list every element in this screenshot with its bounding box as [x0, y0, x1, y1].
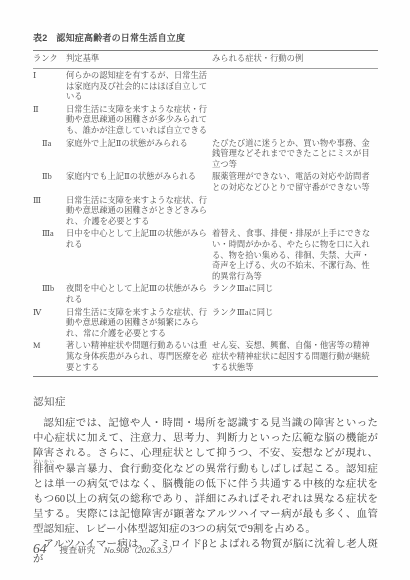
example-cell: せん妄、妄想、興奮、自傷・他害等の精神症状や精神症状に起因する問題行動が継続する… — [212, 340, 378, 376]
criteria-cell: 家庭外で上記Ⅱの状態がみられる — [66, 138, 212, 172]
table-row: Ⅲ 日常生活に支障を来すような症状、行動や意思疎通の困難さがときどきみられ、介護… — [33, 195, 378, 229]
rank-cell: Ⅰ — [33, 68, 66, 104]
table-caption-title: 認知症高齢者の日常生活自立度 — [56, 33, 185, 43]
table-row: Ⅳ 日常生活に支障を来すような症状、行動や意思疎通の困難さが頻繁にみられ、常に介… — [33, 307, 378, 341]
ruby-base: 徘徊 — [33, 464, 55, 475]
journal-name: 捜査研究 — [60, 544, 96, 556]
rank-cell: Ⅲb — [33, 283, 66, 306]
criteria-cell: 何らかの認知症を有するが、日常生活は家庭内及び社会的にはほぼ自立している — [66, 68, 212, 104]
criteria-cell: 家庭内でも上記Ⅱの状態がみられる — [66, 171, 212, 194]
rank-cell: Ⅱ — [33, 104, 66, 138]
table-row: Ⅱa 家庭外で上記Ⅱの状態がみられる たびたび道に迷うとか、買い物や事務、金銭管… — [33, 138, 378, 172]
rank-cell: Ⅲ — [33, 195, 66, 229]
table-row: M 著しい精神症状や問題行動あるいは重篤な身体疾患がみられ、専門医療を必要とする… — [33, 340, 378, 376]
document-page: 表2認知症高齢者の日常生活自立度 ランク 判定基準 みられる症状・行動の例 Ⅰ … — [0, 0, 410, 580]
rank-cell: Ⅲa — [33, 228, 66, 283]
criteria-cell: 日中を中心として上記Ⅲの状態がみられる — [66, 228, 212, 283]
ruby-furigana: はいかい — [33, 459, 54, 464]
rank-cell: M — [33, 340, 66, 376]
issue-info: No.908（2026.3.5） — [104, 544, 176, 556]
table-caption-number: 表2 — [33, 33, 47, 43]
table-row: Ⅲb 夜間を中心として上記Ⅲの状態がみられる ランクⅢaに同じ — [33, 283, 378, 306]
example-cell — [212, 195, 378, 229]
table-header-row: ランク 判定基準 みられる症状・行動の例 — [33, 51, 378, 69]
paragraph-1-text-before: 認知症では、記憶や人・時間・場所を認識する見当識の障害といった中心症状に加えて、… — [33, 418, 378, 459]
table-row: Ⅱ 日常生活に支障を来すような症状・行動や意思疎通の困難さが多少みられても、誰か… — [33, 104, 378, 138]
independence-rank-table: ランク 判定基準 みられる症状・行動の例 Ⅰ 何らかの認知症を有するが、日常生活… — [33, 50, 378, 377]
example-cell: 着替え、食事、排便・排尿が上手にできない・時間がかかる、やたらに物を口に入れる、… — [212, 228, 378, 283]
table-row: Ⅱb 家庭内でも上記Ⅱの状態がみられる 服薬管理ができない、電話の対応や訪問者と… — [33, 171, 378, 194]
criteria-cell: 著しい精神症状や問題行動あるいは重篤な身体疾患がみられ、専門医療を必要とする — [66, 340, 212, 376]
section-heading: 認知症 — [33, 394, 377, 409]
column-header-criteria: 判定基準 — [66, 51, 212, 69]
criteria-cell: 夜間を中心として上記Ⅲの状態がみられる — [66, 283, 212, 306]
criteria-cell: 日常生活に支障を来すような症状、行動や意思疎通の困難さが頻繁にみられ、常に介護を… — [66, 307, 212, 341]
rank-cell: Ⅱa — [33, 138, 66, 172]
criteria-cell: 日常生活に支障を来すような症状・行動や意思疎通の困難さが多少みられても、誰かが注… — [66, 104, 212, 138]
paragraph-1: 認知症では、記憶や人・時間・場所を認識する見当識の障害といった中心症状に加えて、… — [33, 416, 378, 537]
table-caption: 表2認知症高齢者の日常生活自立度 — [33, 31, 377, 44]
table-row: Ⅲa 日中を中心として上記Ⅲの状態がみられる 着替え、食事、排便・排尿が上手にで… — [33, 228, 378, 283]
column-header-rank: ランク — [33, 51, 66, 69]
rank-cell: Ⅱb — [33, 171, 66, 194]
rank-cell: Ⅳ — [33, 307, 66, 341]
page-number: 64 — [33, 541, 47, 557]
example-cell: ランクⅢaに同じ — [212, 307, 378, 341]
ruby-haikai: 徘徊はいかい — [33, 464, 55, 475]
example-cell: たびたび道に迷うとか、買い物や事務、金銭管理などそれまでできたことにミスが目立つ… — [212, 138, 378, 172]
example-cell: ランクⅢaに同じ — [212, 283, 378, 306]
example-cell — [212, 68, 378, 104]
table-row: Ⅰ 何らかの認知症を有するが、日常生活は家庭内及び社会的にはほぼ自立している — [33, 68, 378, 104]
example-cell — [212, 104, 378, 138]
criteria-cell: 日常生活に支障を来すような症状、行動や意思疎通の困難さがときどきみられ、介護を必… — [66, 195, 212, 229]
page-footer: 64 捜査研究 No.908（2026.3.5） — [33, 541, 176, 557]
example-cell: 服薬管理ができない、電話の対応や訪問者との対応などひとりで留守番ができない等 — [212, 171, 378, 194]
column-header-examples: みられる症状・行動の例 — [212, 51, 378, 69]
paragraph-1-text-after: や暴言暴力、食行動変化などの異常行動もしばしば起こる。認知症とは単一の病気ではな… — [33, 464, 378, 535]
